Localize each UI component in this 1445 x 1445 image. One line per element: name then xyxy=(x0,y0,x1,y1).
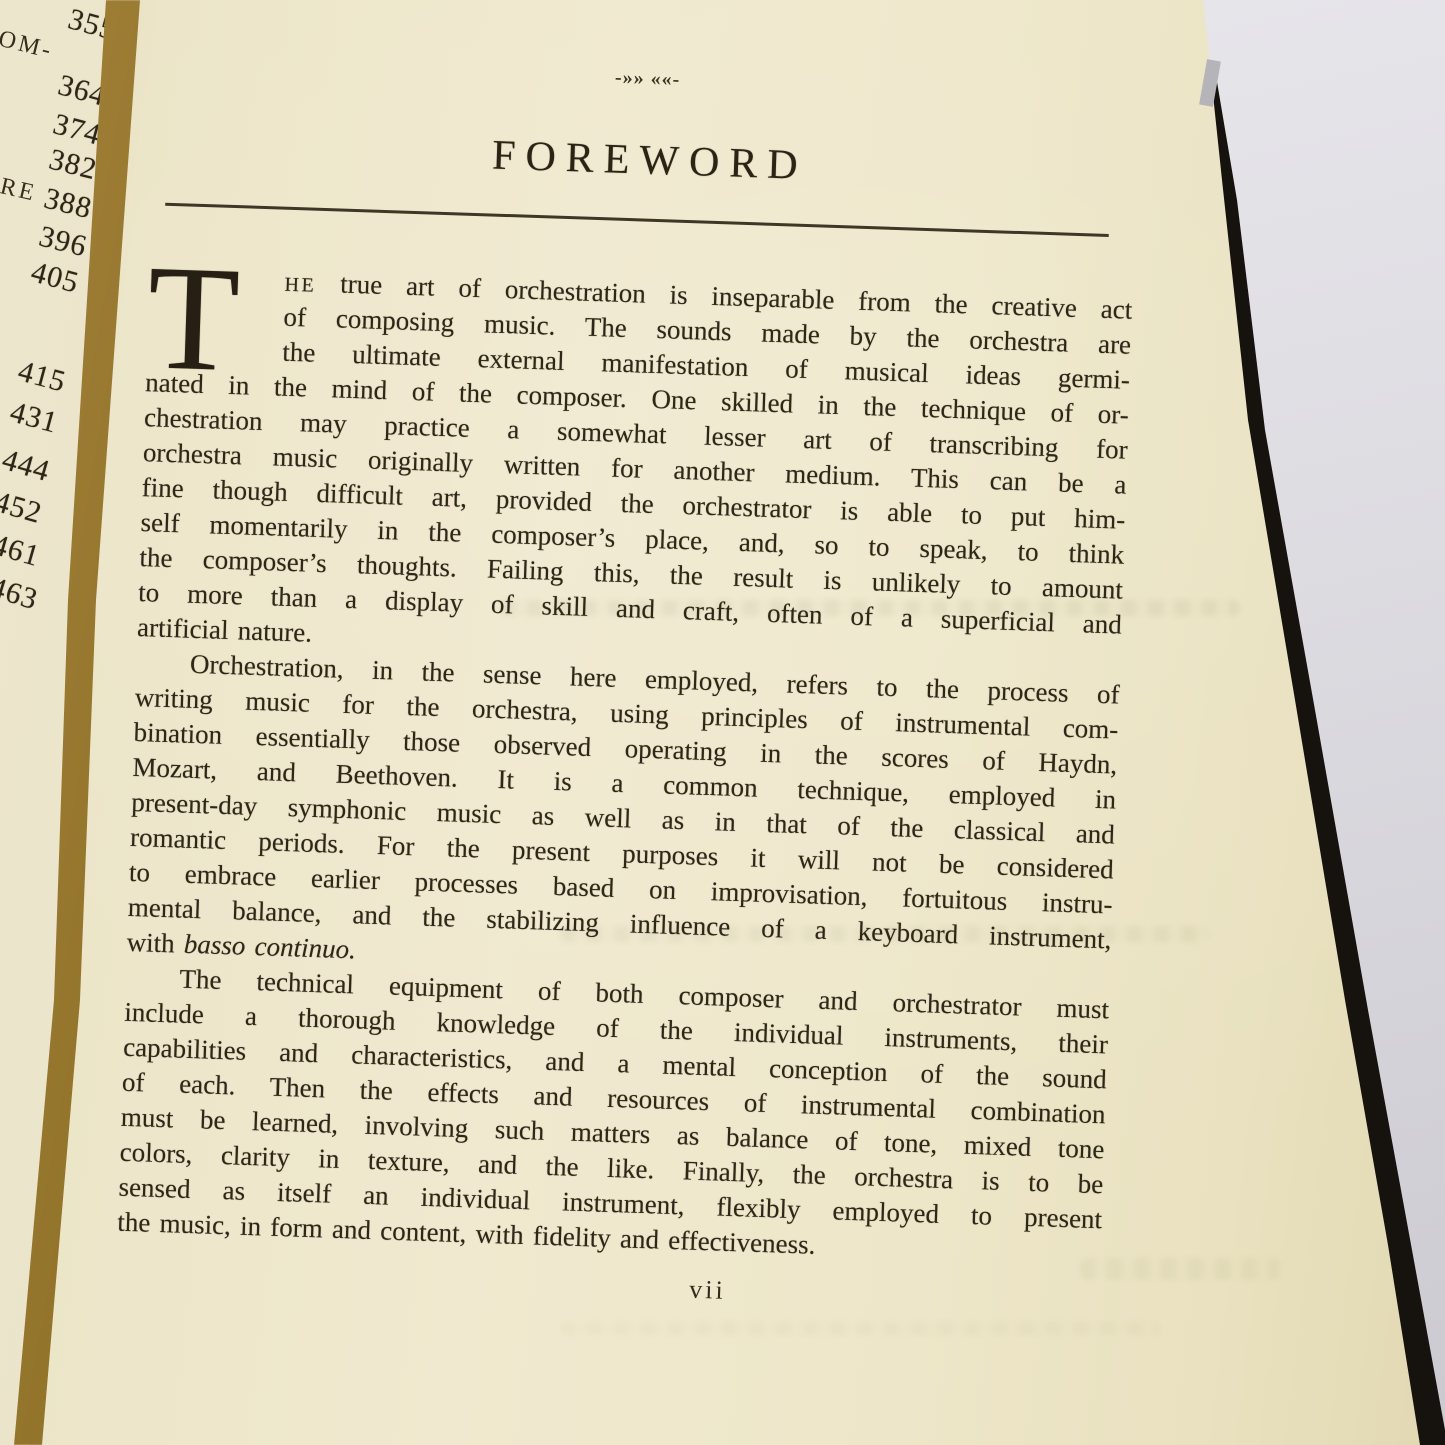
small-caps-lead: HE xyxy=(284,274,316,297)
paragraph-1: T HE true art of orchestration is insepa… xyxy=(137,260,1133,677)
page-title: FOREWORD xyxy=(152,120,1137,201)
showthrough-smudge xyxy=(560,1322,1160,1335)
foreword-page-content: -»» ««- FOREWORD T HE true art of orches… xyxy=(115,0,1141,1318)
drop-cap: T xyxy=(145,242,242,395)
showthrough-smudge xyxy=(1080,1258,1280,1280)
photo-stage: 355 OM- 364 374 382 RE 388 396 405 415 4… xyxy=(0,0,1445,1445)
heading-rule xyxy=(165,203,1109,237)
foreword-body: T HE true art of orchestration is insepa… xyxy=(117,260,1133,1272)
body-line-text: with xyxy=(126,927,175,959)
section-ornament: -»» ««- xyxy=(156,51,1140,107)
italic-phrase: basso continuo. xyxy=(183,929,356,965)
paragraph-3: The technical equipment of both composer… xyxy=(117,960,1110,1272)
paragraph-2: Orchestration, in the sense here employe… xyxy=(126,645,1120,992)
